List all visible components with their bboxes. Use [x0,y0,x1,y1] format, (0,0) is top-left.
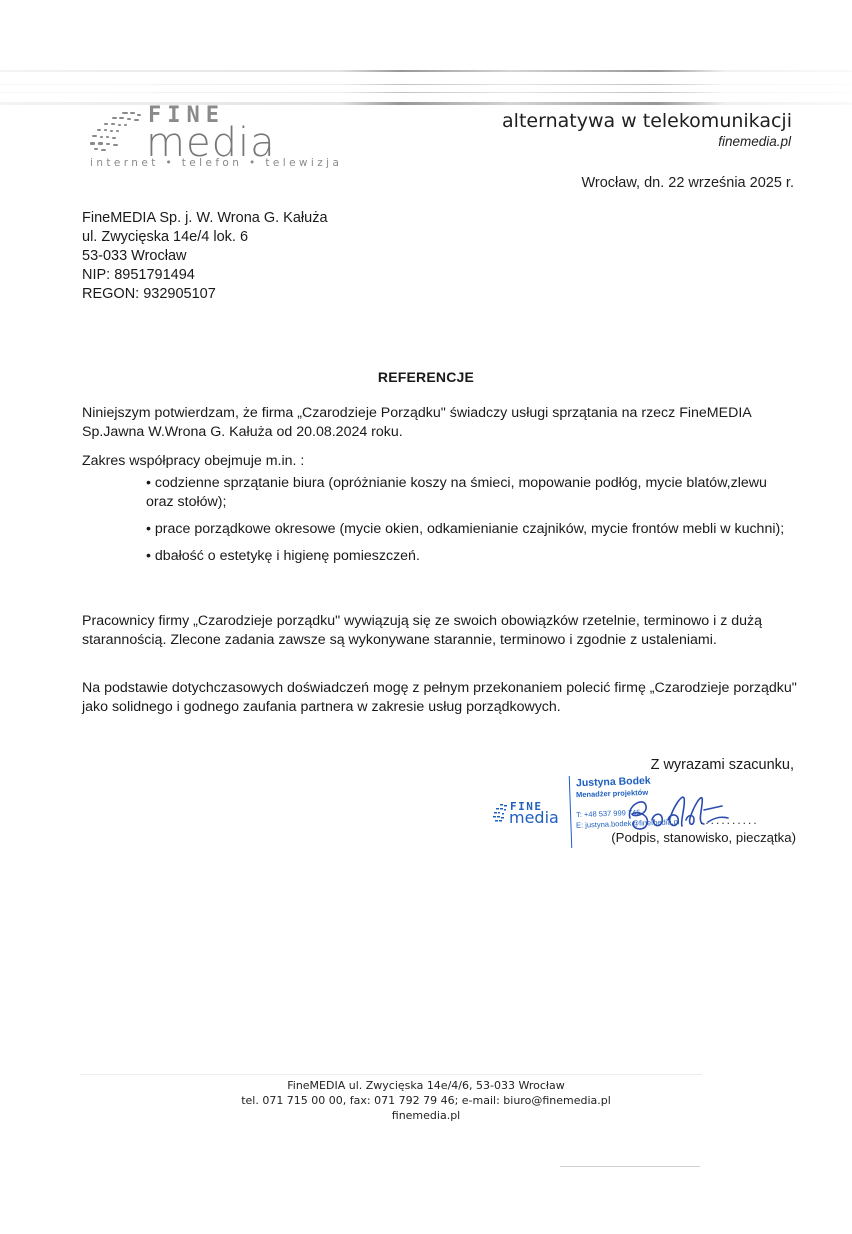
footer-divider [560,1166,700,1167]
stamp-logo: FINE media [492,801,572,831]
company-website: finemedia.pl [718,134,791,149]
address-line: 53-033 Wrocław [82,247,328,266]
globe-dots-icon [492,803,508,823]
scope-list: • codzienne sprzątanie biura (opróżniani… [146,474,796,574]
company-slogan: alternatywa w telekomunikacji [502,110,792,132]
address-line: REGON: 932905107 [82,285,328,304]
document-title: REFERENCJE [0,369,852,385]
address-line: NIP: 8951791494 [82,266,328,285]
recommendation-paragraph: Na podstawie dotychczasowych doświadczeń… [82,679,798,717]
signature-caption: (Podpis, stanowisko, pieczątka) [611,830,796,845]
address-line: ul. Zwycięska 14e/4 lok. 6 [82,228,328,247]
list-item: • prace porządkowe okresowe (mycie okien… [146,520,796,539]
date-line: Wrocław, dn. 22 września 2025 r. [581,175,794,191]
handwritten-signature [624,788,734,836]
footer-divider [80,1074,702,1075]
list-item: • codzienne sprzątanie biura (opróżniani… [146,474,796,512]
address-line: FineMEDIA Sp. j. W. Wrona G. Kałuża [82,209,328,228]
footer-contact: tel. 071 715 00 00, fax: 071 792 79 46; … [0,1093,852,1108]
scan-artifact [0,92,852,93]
stamp-logo-media: media [509,809,559,827]
closing-line: Z wyrazami szacunku, [651,757,794,773]
footer-address: FineMEDIA ul. Zwycięska 14e/4/6, 53-033 … [0,1078,852,1093]
logo-tagline: internet • telefon • telewizja [90,157,342,169]
intro-paragraph: Niniejszym potwierdzam, że firma „Czarod… [82,404,798,442]
footer: FineMEDIA ul. Zwycięska 14e/4/6, 53-033 … [0,1078,852,1123]
globe-dots-icon [88,109,144,153]
list-item: • dbałość o estetykę i higienę pomieszcz… [146,547,796,566]
scan-artifact [0,84,852,85]
workers-paragraph: Pracownicy firmy „Czarodzieje porządku" … [82,612,798,650]
footer-website: finemedia.pl [0,1108,852,1123]
signature-line: ........... [700,813,759,827]
sender-address: FineMEDIA Sp. j. W. Wrona G. Kałuża ul. … [82,209,328,304]
finemedia-logo: FINE media internet • telefon • telewizj… [88,105,348,175]
scan-artifact [0,70,852,72]
scope-intro: Zakres współpracy obejmuje m.in. : [82,452,798,471]
